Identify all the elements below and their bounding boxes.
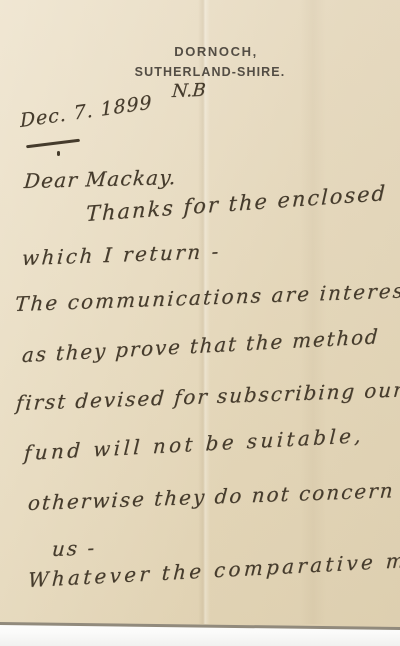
date-underline <box>26 139 80 148</box>
letterhead-county: SUTHERLAND-SHIRE. <box>10 65 400 79</box>
date-line: Dec. 7. 1899 <box>20 92 153 132</box>
fold-crease-faint <box>300 0 326 624</box>
letter-line: us - <box>51 536 97 560</box>
letterhead-town: DORNOCH, <box>16 44 400 59</box>
date-ink-dot <box>57 151 60 156</box>
letter-paper: DORNOCH, SUTHERLAND-SHIRE. N.B Dec. 7. 1… <box>0 0 400 646</box>
photo-background: DORNOCH, SUTHERLAND-SHIRE. N.B Dec. 7. 1… <box>0 0 400 646</box>
letterhead-annotation: N.B <box>171 81 206 102</box>
letter-line: which I return - <box>21 240 221 269</box>
letter-line: otherwise they do not concern <box>27 479 395 514</box>
salutation: Dear Mackay. <box>23 166 177 192</box>
